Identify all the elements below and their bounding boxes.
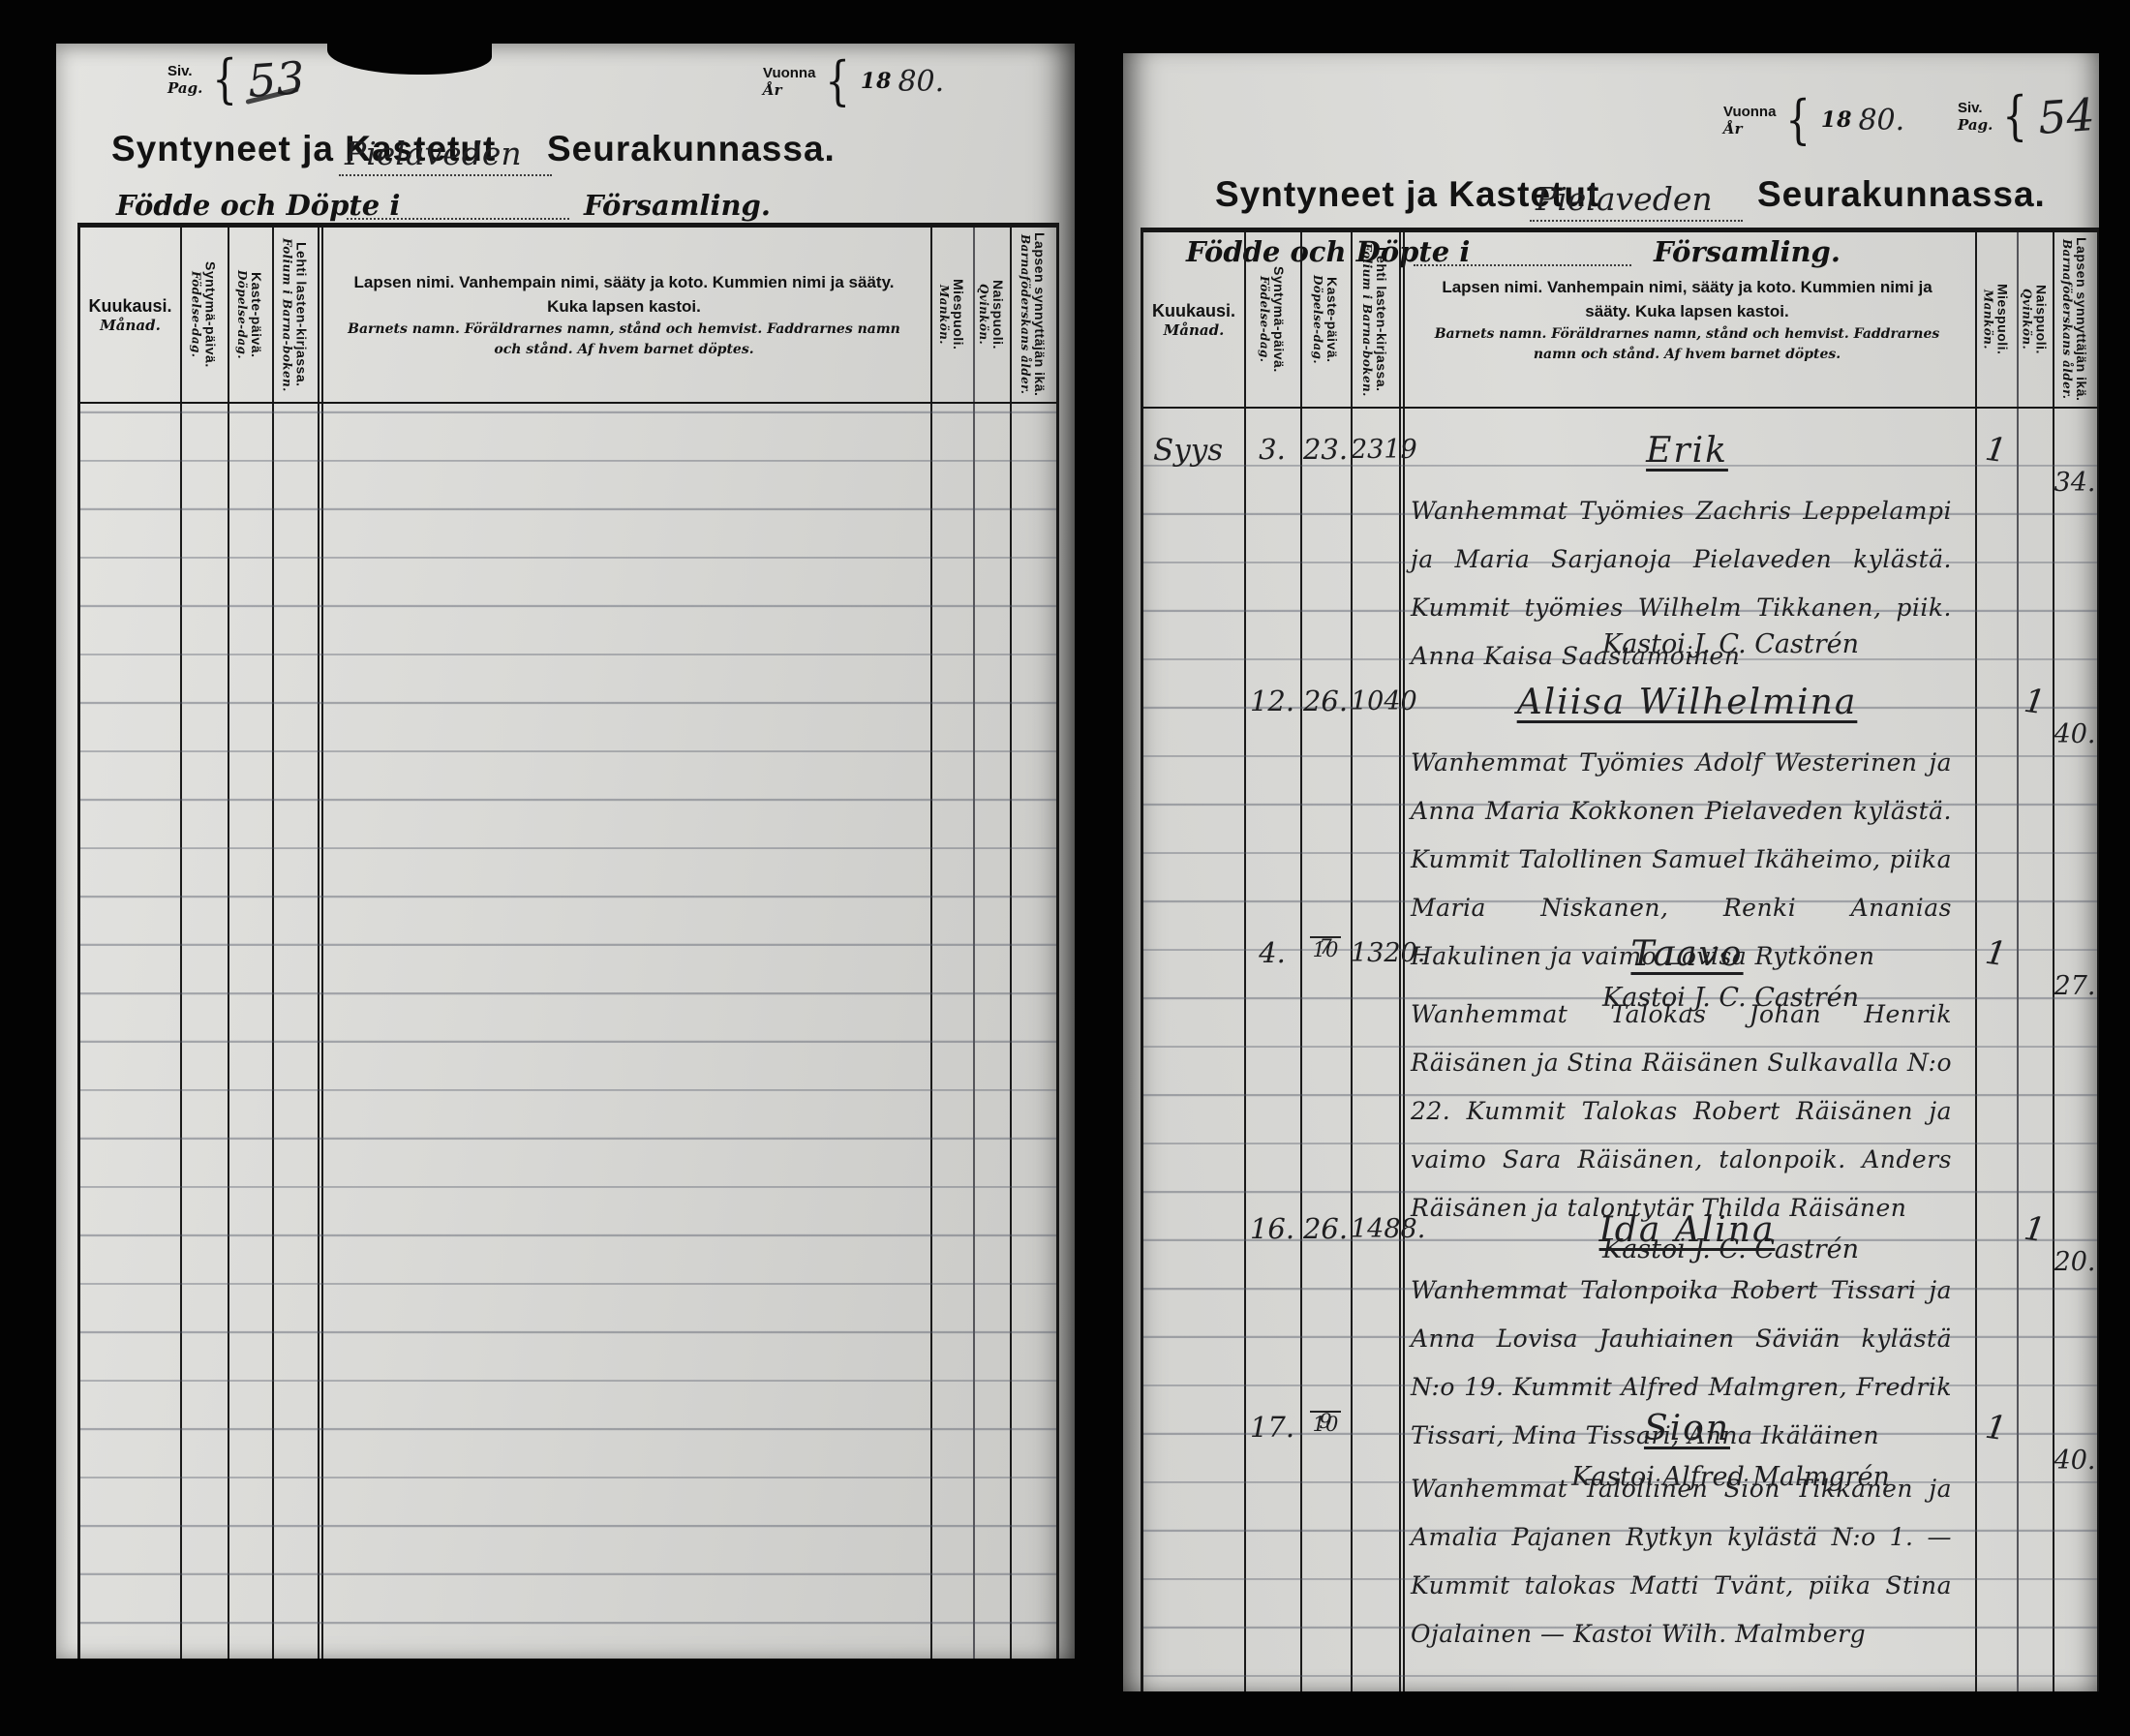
table-header: Kuukausi. Månad. Syntymä-päivä.Födelse-d… (80, 228, 1056, 404)
year-labels: Vuonna År (1723, 104, 1776, 137)
entry-female-mark: 1 (2014, 681, 2054, 724)
scan-background: Siv. Pag. { 53 Vuonna År { 18 80. Syntyn… (0, 0, 2130, 1736)
header-male-fi: Miespuoli. (951, 228, 966, 402)
ar-label: År (1723, 120, 1776, 137)
entry-child-name: Taavo (1399, 934, 1975, 974)
table-header: Kuukausi. Månad. Syntymä-päivä.Födelse-d… (1143, 232, 2097, 409)
header-birth-fi: Syntymä-päivä. (1271, 232, 1287, 407)
pag-label: Pag. (167, 79, 202, 97)
parish-name-handwritten: Pielaveden (339, 135, 552, 176)
header-baptism-sv: Döpelse-dag. (235, 228, 249, 402)
vuonna-label: Vuonna (1723, 104, 1776, 120)
header-main: Lapsen nimi. Vanhempain nimi, sääty ja k… (1399, 232, 1975, 407)
entry-female-mark: 1 (2014, 1208, 2054, 1252)
entry-baptism-day: 23. (1300, 433, 1351, 466)
header-age-fi: Lapsen synnyttäjän ikä. (1032, 228, 1048, 402)
page-number-labels: Siv. Pag. (167, 63, 202, 97)
header-birth-fi: Syntymä-päivä. (203, 228, 219, 402)
entry-mother-age: 27. (2053, 971, 2097, 1001)
header-birth-sv: Födelse-dag. (1258, 232, 1271, 407)
header-month-sv: Månad. (1152, 321, 1235, 339)
entry-parents-and-sponsors: Wanhemmat Talollinen Sion Tikkanen ja Am… (1411, 1465, 1952, 1659)
brace-glyph: { (2003, 93, 2028, 140)
year-handwritten: 80. (898, 65, 944, 99)
entry-child-name: Aliisa Wilhelmina (1399, 683, 1975, 722)
entry-male-mark: 1 (1972, 428, 2019, 472)
year-handwritten: 80. (1858, 104, 1904, 137)
entry-baptizer: Kastoi J. C. Castrén (1544, 629, 1917, 659)
entry-female-mark (2017, 428, 2053, 433)
entry-folio: 2319 (1351, 435, 1399, 465)
header-baptism-sv: Döpelse-dag. (1311, 232, 1324, 407)
header-female-fi: Naispuoli. (2034, 232, 2050, 407)
header-main: Lapsen nimi. Vanhempain nimi, sääty ja k… (318, 228, 930, 402)
title-part-2: Seurakunnassa. (547, 129, 836, 169)
brace-glyph: { (826, 58, 851, 106)
header-male-fi: Miespuoli. (1995, 232, 2011, 407)
header-main-fi: Lapsen nimi. Vanhempain nimi, sääty ja k… (342, 270, 905, 320)
siv-label: Siv. (167, 63, 202, 79)
entry-birth-day: 17. (1244, 1411, 1300, 1444)
entry-child-name: Erik (1399, 431, 1975, 471)
header-baptism-day: Kaste-päivä.Döpelse-dag. (1300, 232, 1351, 407)
header-birth-day: Syntymä-päivä.Födelse-dag. (1244, 232, 1300, 407)
entry-child-name: Ida Alina (1399, 1210, 1975, 1250)
header-female-sv: Qvinkön. (2021, 232, 2034, 407)
torn-paper-notch (327, 44, 492, 75)
header-male: Miespuoli.Mankön. (1975, 232, 2017, 407)
header-male-sv: Mankön. (937, 228, 951, 402)
title-part-2: Seurakunnassa. (1757, 174, 2046, 215)
page-number-group: Siv. Pag. { 54 (1958, 90, 2094, 142)
entry-mother-age: 40. (2053, 719, 2097, 749)
entry-parents-and-sponsors: Wanhemmat Talokas Johan Henrik Räisänen … (1411, 990, 1952, 1233)
left-page: Siv. Pag. { 53 Vuonna År { 18 80. Syntyn… (56, 44, 1075, 1659)
entry-baptism-day: 26. (1300, 1212, 1351, 1245)
header-folio-fi: Lehti lasten-kirjassa. (1374, 232, 1389, 407)
entry-male-mark (1975, 1207, 2017, 1213)
entry-male-mark: 1 (1972, 931, 2019, 976)
header-female: Naispuoli.Qvinkön. (973, 228, 1010, 402)
header-month: Kuukausi. Månad. (80, 228, 180, 402)
header-baptism-day: Kaste-päivä.Döpelse-dag. (228, 228, 272, 402)
header-main-sv: Barnets namn. Föräldrarnes namn, stånd o… (1422, 324, 1952, 365)
header-main-sv: Barnets namn. Föräldrarnes namn, stånd o… (342, 320, 905, 360)
subtitle-part-2: Församling. (584, 189, 771, 222)
header-folio: Lehti lasten-kirjassa.Folium i Barna-bok… (272, 228, 318, 402)
register-table: Kuukausi. Månad. Syntymä-päivä.Födelse-d… (77, 223, 1059, 1659)
page-number-labels: Siv. Pag. (1958, 100, 1993, 134)
header-female: Naispuoli.Qvinkön. (2017, 232, 2053, 407)
entry-female-mark (2017, 1406, 2053, 1411)
header-female-sv: Qvinkön. (977, 228, 990, 402)
entry-child-name: Sion (1399, 1409, 1975, 1448)
dotted-fill-line (347, 189, 569, 220)
entry-month: Syys (1149, 433, 1242, 468)
siv-label: Siv. (1958, 100, 1993, 116)
entry-mother-age: 34. (2053, 468, 2097, 498)
table-body (80, 402, 1056, 1659)
header-baptism-fi: Kaste-päivä. (249, 228, 264, 402)
header-month-fi: Kuukausi. (88, 296, 171, 317)
header-age-sv: Barnaföderskans ålder. (1019, 228, 1032, 402)
vuonna-label: Vuonna (763, 65, 815, 81)
entry-birth-day: 16. (1244, 1212, 1300, 1245)
year-group: Vuonna År { 18 80. (763, 58, 944, 106)
header-baptism-fi: Kaste-päivä. (1324, 232, 1340, 407)
header-age-fi: Lapsen synnyttäjän ikä. (2074, 232, 2089, 407)
header-mother-age: Lapsen synnyttäjän ikä.Barnaföderskans å… (1010, 228, 1056, 402)
entry-folio: 1488. (1351, 1214, 1399, 1244)
title-row: Syntyneet ja Kastetut Pielaveden Seuraku… (1123, 174, 2099, 228)
brace-glyph: { (1786, 97, 1811, 144)
entry-folio: 1320. (1351, 938, 1399, 968)
header-male-sv: Mankön. (1982, 232, 1995, 407)
header-month-sv: Månad. (88, 317, 171, 334)
header-female-fi: Naispuoli. (990, 228, 1006, 402)
header-age-sv: Barnaföderskans ålder. (2060, 232, 2074, 407)
header-folio-sv: Folium i Barna-boken. (1360, 232, 1374, 407)
page-number: 54 (2036, 88, 2096, 144)
entry-birth-day: 12. (1244, 685, 1300, 717)
parish-name-handwritten: Pielaveden (1530, 180, 1743, 222)
ar-label: År (763, 81, 815, 99)
page-number: 53 (246, 51, 306, 107)
header-folio: Lehti lasten-kirjassa.Folium i Barna-bok… (1351, 232, 1399, 407)
entry-mother-age: 20. (2053, 1247, 2097, 1277)
entry-male-mark: 1 (1972, 1406, 2019, 1450)
header-mother-age: Lapsen synnyttäjän ikä.Barnaföderskans å… (2053, 232, 2097, 407)
entry-male-mark (1975, 680, 2017, 685)
header-birth-day: Syntymä-päivä.Födelse-dag. (180, 228, 228, 402)
header-month: Kuukausi. Månad. (1143, 232, 1244, 407)
entry-birth-day: 3. (1244, 433, 1300, 466)
entry-birth-day: 4. (1244, 936, 1300, 969)
year-group: Vuonna År { 18 80. (1723, 97, 1904, 144)
entry-folio: 1040 (1351, 686, 1399, 716)
title-row: Syntyneet ja Kastetut Pielaveden Seuraku… (56, 129, 1075, 183)
header-male: Miespuoli.Mankön. (930, 228, 973, 402)
header-folio-sv: Folium i Barna-boken. (281, 228, 294, 402)
year-printed: 18 (1821, 107, 1853, 133)
page-number-group: Siv. Pag. { 53 (167, 53, 304, 106)
header-main-fi: Lapsen nimi. Vanhempain nimi, sääty ja k… (1422, 275, 1952, 324)
year-labels: Vuonna År (763, 65, 815, 99)
header-birth-sv: Födelse-dag. (190, 228, 203, 402)
year-printed: 18 (861, 69, 893, 94)
brace-glyph: { (213, 56, 238, 104)
entry-baptism-day: 26. (1300, 685, 1351, 717)
register-table: Kuukausi. Månad. Syntymä-päivä.Födelse-d… (1141, 228, 2099, 1691)
header-folio-fi: Lehti lasten-kirjassa. (294, 228, 310, 402)
header-month-fi: Kuukausi. (1152, 301, 1235, 321)
entry-female-mark (2017, 931, 2053, 936)
right-page: Vuonna År { 18 80. Siv. Pag. { 54 Syntyn… (1123, 53, 2099, 1691)
pag-label: Pag. (1958, 116, 1993, 134)
entry-mother-age: 40. (2053, 1446, 2097, 1476)
table-body: Syys 3. 23. 2319 Erik Wanhemmat Työmies … (1143, 407, 2097, 1691)
